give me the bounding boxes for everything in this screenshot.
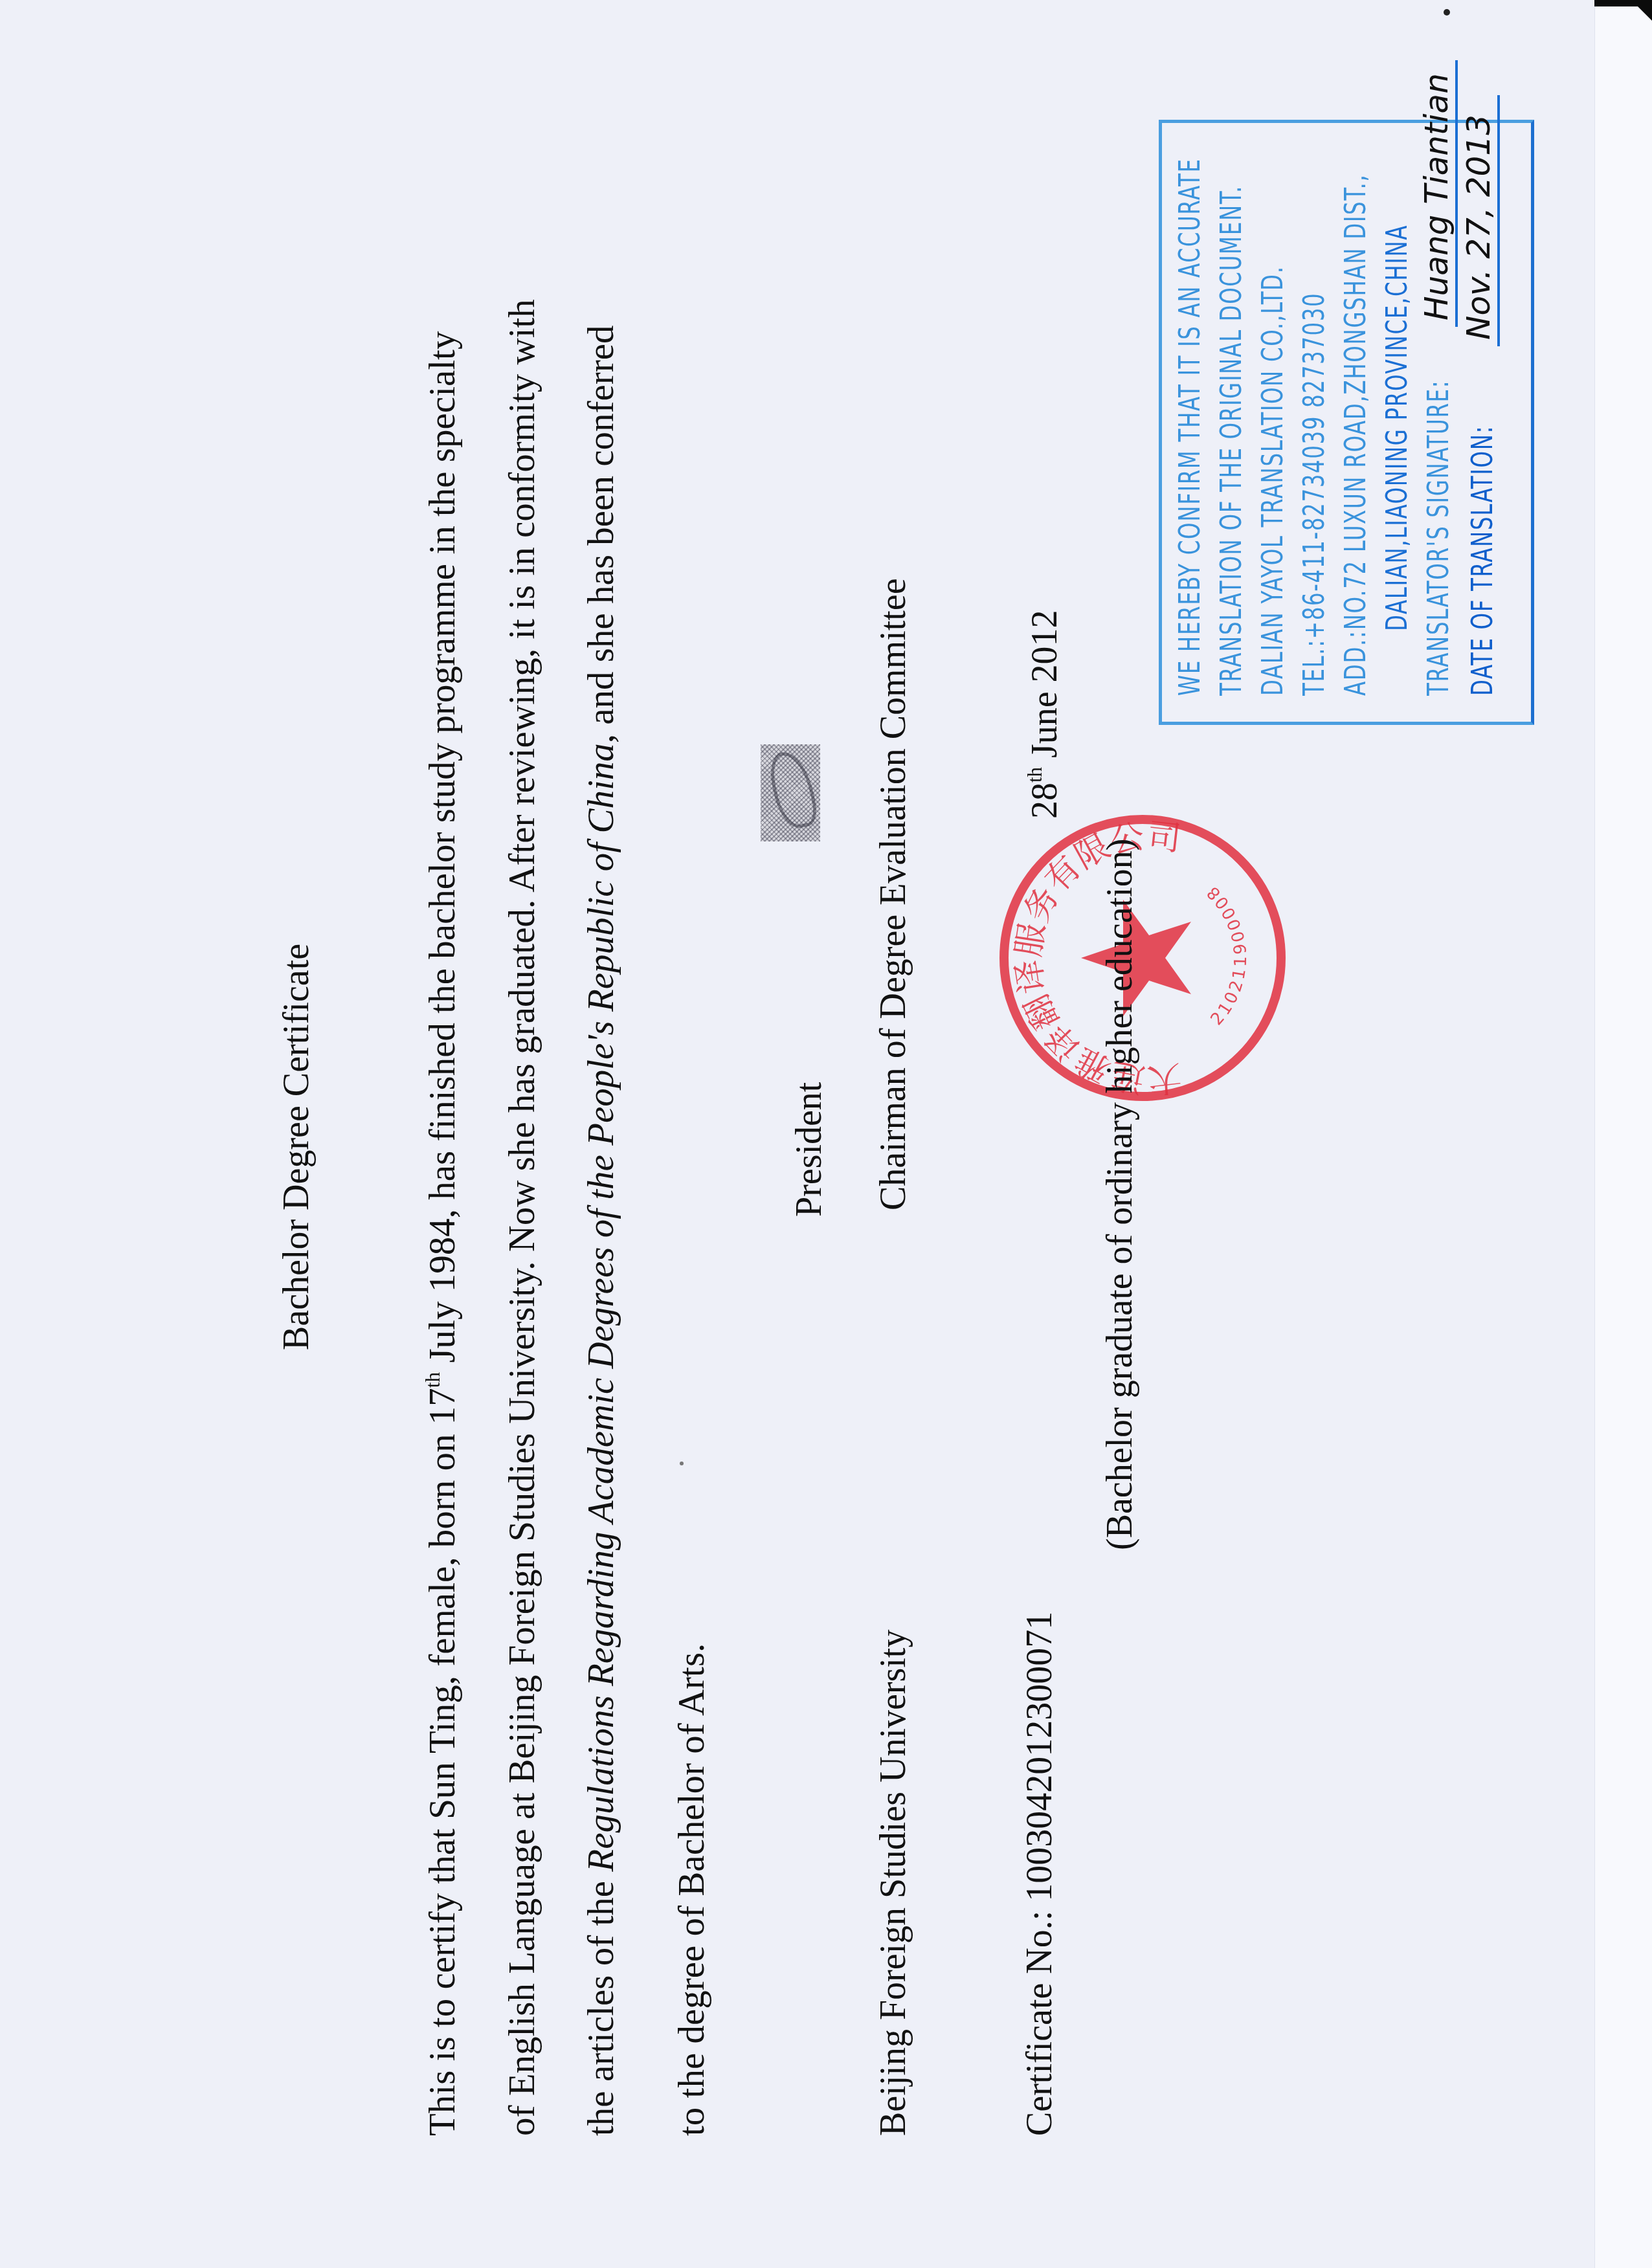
- stamp-line-2: TRANSLATION OF THE ORIGINAL DOCUMENT.: [1215, 185, 1248, 696]
- certificate-title: Bachelor Degree Certificate: [278, 944, 315, 1350]
- body-line-3: the articles of the Regulations Regardin…: [583, 326, 619, 2137]
- translation-date: Nov. 27, 2013: [1460, 95, 1500, 346]
- translation-certification-stamp: WE HEREBY CONFIRM THAT IT IS AN ACCURATE…: [1159, 120, 1534, 725]
- stamp-line-4: TEL.:+86-411-82734039 82737030: [1298, 293, 1331, 696]
- issue-date: 28th June 2012: [1027, 610, 1063, 819]
- president-signature-image: [761, 744, 820, 841]
- stamp-line-1: WE HEREBY CONFIRM THAT IT IS AN ACCURATE: [1174, 158, 1207, 696]
- certificate-number: Certificate No.: 1003042012300071: [1021, 1612, 1058, 2136]
- certificate-document: Bachelor Degree Certificate This is to c…: [0, 0, 1594, 2268]
- scanned-page: Bachelor Degree Certificate This is to c…: [0, 0, 1594, 2268]
- scan-speck: [680, 1462, 684, 1465]
- stamp-line-5: ADD.:NO.72 LUXUN ROAD,ZHONGSHAN DIST.,: [1339, 174, 1372, 696]
- regulations-title: Regulations Regarding Academic Degrees o…: [581, 743, 621, 1871]
- scan-speck: [1444, 9, 1450, 16]
- seal-graphic: 大连雅译翻译服务有限公司 2102119000081: [994, 809, 1291, 1107]
- stamp-line-3: DALIAN YAYOL TRANSLATION CO.,LTD.: [1256, 265, 1289, 696]
- stamp-date-label: DATE OF TRANSLATION:: [1466, 425, 1499, 696]
- chairman-label: Chairman of Degree Evaluation Committee: [875, 578, 911, 1210]
- university-name: Beijing Foreign Studies University: [875, 1630, 911, 2136]
- body-line-1: This is to certify that Sun Ting, female…: [424, 331, 461, 2136]
- stamp-line-6: DALIAN,LIAONING PROVINCE,CHINA: [1381, 225, 1414, 631]
- graduate-type-note: (Bachelor graduate of ordinary higher ed…: [1102, 839, 1138, 1550]
- signature-scribble: [766, 748, 820, 832]
- red-company-seal: 大连雅译翻译服务有限公司 2102119000081: [994, 809, 1291, 1107]
- stamp-signature-label: TRANSLATOR'S SIGNATURE:: [1422, 380, 1455, 696]
- scanner-margin: [1594, 0, 1652, 2268]
- scanner-corner: [1636, 5, 1652, 21]
- scanner-edge: [1594, 0, 1652, 6]
- body-line-2: of English Language at Beijing Foreign S…: [504, 299, 541, 2136]
- body-line-4: to the degree of Bachelor of Arts.: [673, 1643, 710, 2136]
- translator-signature: Huang Tiantian: [1418, 60, 1458, 327]
- president-label: President: [791, 1082, 827, 1217]
